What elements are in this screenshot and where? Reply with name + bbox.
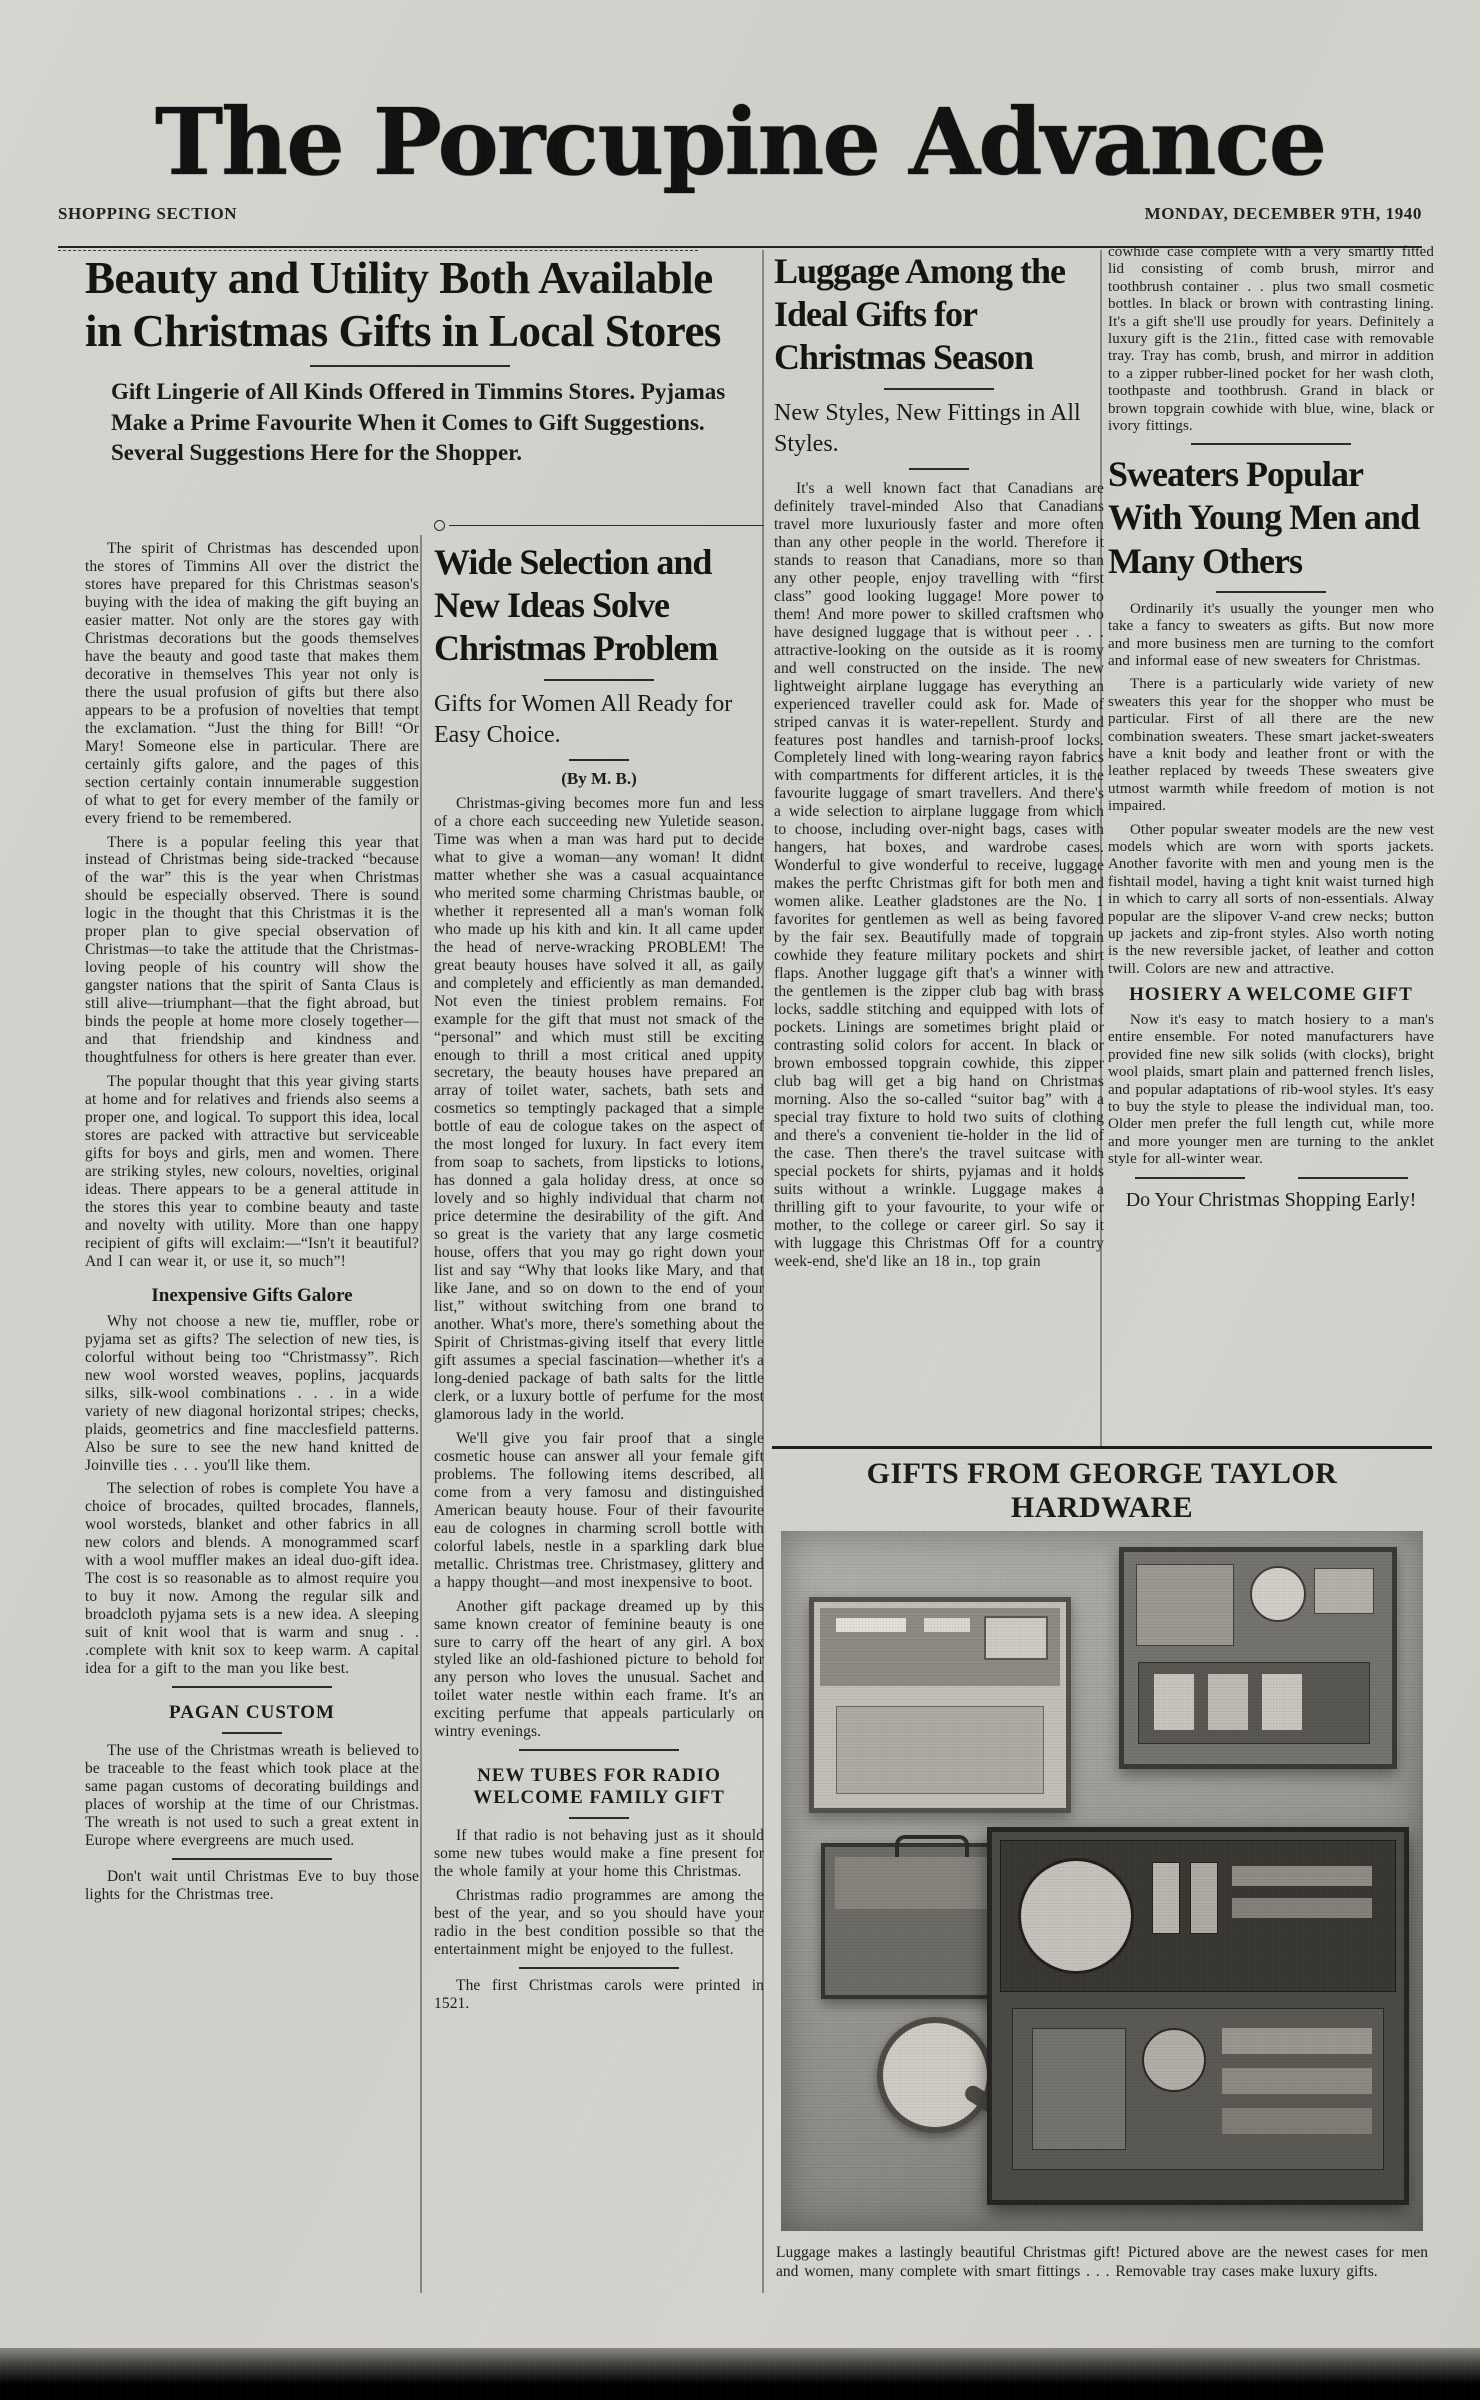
article-wide-headline: Wide Selection and New Ideas Solve Chris… — [434, 541, 764, 671]
article-beauty-header: Beauty and Utility Both Available in Chr… — [85, 252, 735, 468]
date-label: MONDAY, DECEMBER 9TH, 1940 — [1145, 204, 1422, 224]
photo-feature-heading: GIFTS FROM GEORGE TAYLOR HARDWARE — [772, 1457, 1432, 1525]
column-1: The spirit of Christmas has descended up… — [85, 540, 419, 1910]
masthead-title: The Porcupine Advance — [120, 88, 1360, 196]
article-wide-subhead: Gifts for Women All Ready for Easy Choic… — [434, 689, 764, 751]
section-label: SHOPPING SECTION — [58, 204, 237, 224]
crosshead-hosiery: HOSIERY A WELCOME GIFT — [1108, 984, 1434, 1006]
luggage-photo — [781, 1531, 1423, 2231]
paragraph: There is a particularly wide variety of … — [1108, 676, 1434, 815]
paragraph: The use of the Christmas wreath is belie… — [85, 1742, 419, 1850]
photo-section-rule — [772, 1446, 1432, 1449]
crosshead-radio-tubes: NEW TUBES FOR RADIO WELCOME FAMILY GIFT — [434, 1765, 764, 1809]
rule — [569, 1817, 629, 1819]
photo-feature: GIFTS FROM GEORGE TAYLOR HARDWARE — [772, 1446, 1432, 2282]
article-beauty-subhead: Gift Lingerie of All Kinds Offered in Ti… — [111, 377, 735, 468]
rule — [544, 679, 654, 681]
column-3: Luggage Among the Ideal Gifts for Christ… — [774, 250, 1104, 1277]
paragraph: The spirit of Christmas has descended up… — [85, 540, 419, 828]
paragraph: It's a well known fact that Canadians ar… — [774, 480, 1104, 1271]
byline: (By M. B.) — [434, 769, 764, 789]
paragraph: We'll give you fair proof that a single … — [434, 1430, 764, 1592]
paragraph: Why not choose a new tie, muffler, robe … — [85, 1313, 419, 1475]
rule — [1191, 443, 1351, 445]
crosshead-pagan-custom: PAGAN CUSTOM — [85, 1702, 419, 1724]
paragraph: Christmas radio programmes are among the… — [434, 1887, 764, 1959]
article-sweaters-headline: Sweaters Popular With Young Men and Many… — [1108, 453, 1434, 583]
column-rule-1 — [420, 535, 422, 2293]
column-2: Wide Selection and New Ideas Solve Chris… — [434, 520, 764, 2019]
rule — [519, 1967, 679, 1969]
paragraph: The popular thought that this year givin… — [85, 1073, 419, 1271]
rule — [569, 759, 629, 761]
rule — [909, 468, 969, 470]
filler-paragraph: The first Christmas carols were printed … — [434, 1977, 764, 2013]
rule — [884, 388, 994, 390]
headline-rule — [310, 365, 510, 367]
column-4: cowhide case complete with a very smartl… — [1108, 244, 1434, 1212]
rule — [1216, 591, 1326, 593]
paragraph: If that radio is not behaving just as it… — [434, 1827, 764, 1881]
crosshead-inexpensive-gifts: Inexpensive Gifts Galore — [85, 1285, 419, 1307]
article-beauty-headline: Beauty and Utility Both Available in Chr… — [85, 252, 735, 357]
ring-ornament — [434, 520, 445, 531]
photo-caption: Luggage makes a lastingly beautiful Chri… — [776, 2243, 1428, 2282]
article-luggage-headline: Luggage Among the Ideal Gifts for Christ… — [774, 250, 1104, 380]
newspaper-page: The Porcupine Advance SHOPPING SECTION M… — [0, 0, 1480, 2400]
paragraph: There is a popular feeling this year tha… — [85, 834, 419, 1068]
paragraph: Another gift package dreamed up by this … — [434, 1598, 764, 1742]
paragraph: Other popular sweater models are the new… — [1108, 822, 1434, 979]
wardrobe-case — [987, 1827, 1409, 2205]
hand-mirror — [877, 2017, 993, 2133]
scan-edge-bottom — [0, 2348, 1480, 2400]
ornament-rule — [434, 520, 764, 531]
rule — [222, 1732, 282, 1734]
rule — [172, 1686, 332, 1688]
dateline: SHOPPING SECTION MONDAY, DECEMBER 9TH, 1… — [58, 204, 1422, 224]
paragraph: Ordinarily it's usually the younger men … — [1108, 601, 1434, 671]
rule — [519, 1749, 679, 1751]
shopping-early-tagline: Do Your Christmas Shopping Early! — [1108, 1189, 1434, 1212]
article-luggage-subhead: New Styles, New Fittings in All Styles. — [774, 398, 1104, 460]
filler-paragraph: Don't wait until Christmas Eve to buy th… — [85, 1868, 419, 1904]
paragraph: Christmas-giving becomes more fun and le… — [434, 795, 764, 1424]
rule — [172, 1858, 332, 1860]
paragraph: Now it's easy to match hosiery to a man'… — [1108, 1012, 1434, 1169]
continuation-paragraph: cowhide case complete with a very smartl… — [1108, 244, 1434, 435]
fitted-case — [809, 1597, 1071, 1813]
toiletry-case — [1119, 1547, 1397, 1769]
paragraph: The selection of robes is complete You h… — [85, 1480, 419, 1678]
double-rule — [1108, 1177, 1434, 1179]
